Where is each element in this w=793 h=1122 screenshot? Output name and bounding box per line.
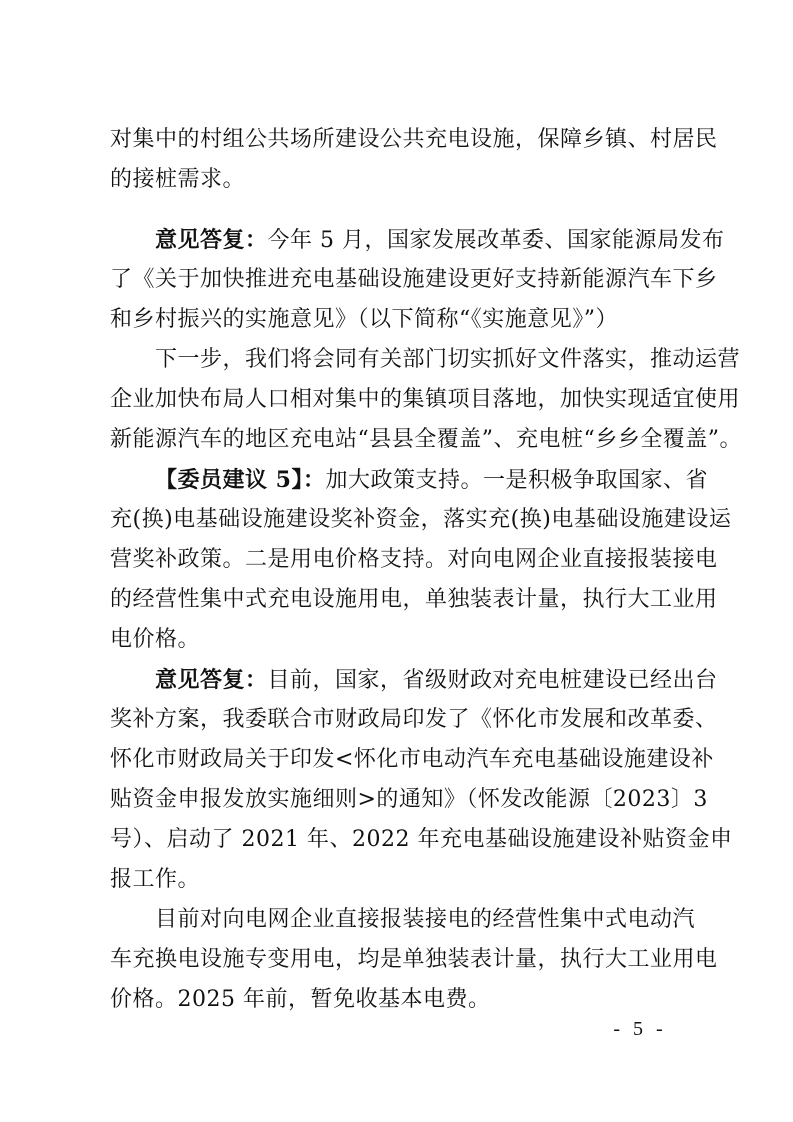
paragraph-6-line-2: 车充换电设施专变用电，均是单独装表计量，执行大工业用电 [110, 940, 684, 980]
paragraph-2-line-1: 意见答复：今年 5 月，国家发展改革委、国家能源局发布 [155, 220, 684, 260]
suggestion-label: 【委员建议 5】： [155, 467, 325, 493]
paragraph-1-line-1: 对集中的村组公共场所建设公共充电设施，保障乡镇、村居民 [110, 120, 684, 160]
paragraph-3-line-3: 新能源汽车的地区充电站“县县全覆盖”、充电桩“乡乡全覆盖”。 [110, 420, 684, 460]
paragraph-4-line-1-text: 加大政策支持。一是积极争取国家、省 [325, 468, 708, 493]
paragraph-5-line-5: 号）、启动了 2021 年、2022 年充电基础设施建设补贴资金申 [110, 820, 684, 860]
paragraph-4-line-5: 电价格。 [110, 620, 684, 660]
paragraph-5-line-2: 奖补方案，我委联合市财政局印发了《怀化市发展和改革委、 [110, 700, 684, 740]
paragraph-5-line-1: 意见答复：目前，国家，省级财政对充电桩建设已经出台 [155, 660, 684, 700]
paragraph-5-line-1-text: 目前，国家，省级财政对充电桩建设已经出台 [268, 668, 718, 693]
paragraph-5-line-3: 怀化市财政局关于印发<怀化市电动汽车充电基础设施建设补 [110, 740, 684, 780]
reply-label: 意见答复： [155, 667, 268, 693]
paragraph-5-line-4: 贴资金申报发放实施细则>的通知》（怀发改能源〔2023〕3 [110, 780, 684, 820]
paragraph-1-line-2: 的接桩需求。 [110, 160, 684, 200]
reply-label: 意见答复： [155, 227, 268, 253]
paragraph-3-line-1: 下一步，我们将会同有关部门切实抓好文件落实，推动运营 [155, 340, 684, 380]
paragraph-3-line-2: 企业加快布局人口相对集中的集镇项目落地，加快实现适宜使用 [110, 380, 684, 420]
paragraph-6-line-1: 目前对向电网企业直接报装接电的经营性集中式电动汽 [155, 900, 684, 940]
document-page: 对集中的村组公共场所建设公共充电设施，保障乡镇、村居民 的接桩需求。 意见答复：… [0, 0, 793, 1122]
paragraph-4-line-3: 营奖补政策。二是用电价格支持。对向电网企业直接报装接电 [110, 540, 684, 580]
paragraph-2-line-3: 和乡村振兴的实施意见》（以下简称“《实施意见》”） [110, 300, 684, 340]
paragraph-4-line-2: 充(换)电基础设施建设奖补资金，落实充(换)电基础设施建设运 [110, 500, 684, 540]
paragraph-4-line-1: 【委员建议 5】：加大政策支持。一是积极争取国家、省 [155, 460, 684, 500]
paragraph-5-line-6: 报工作。 [110, 860, 684, 900]
paragraph-2-line-2: 了《关于加快推进充电基础设施建设更好支持新能源汽车下乡 [110, 260, 684, 300]
paragraph-2-line-1-text: 今年 5 月，国家发展改革委、国家能源局发布 [268, 228, 725, 253]
paragraph-4-line-4: 的经营性集中式充电设施用电，单独装表计量，执行大工业用 [110, 580, 684, 620]
paragraph-6-line-3: 价格。2025 年前，暂免收基本电费。 [110, 980, 684, 1020]
page-number: - 5 - [610, 1018, 670, 1041]
